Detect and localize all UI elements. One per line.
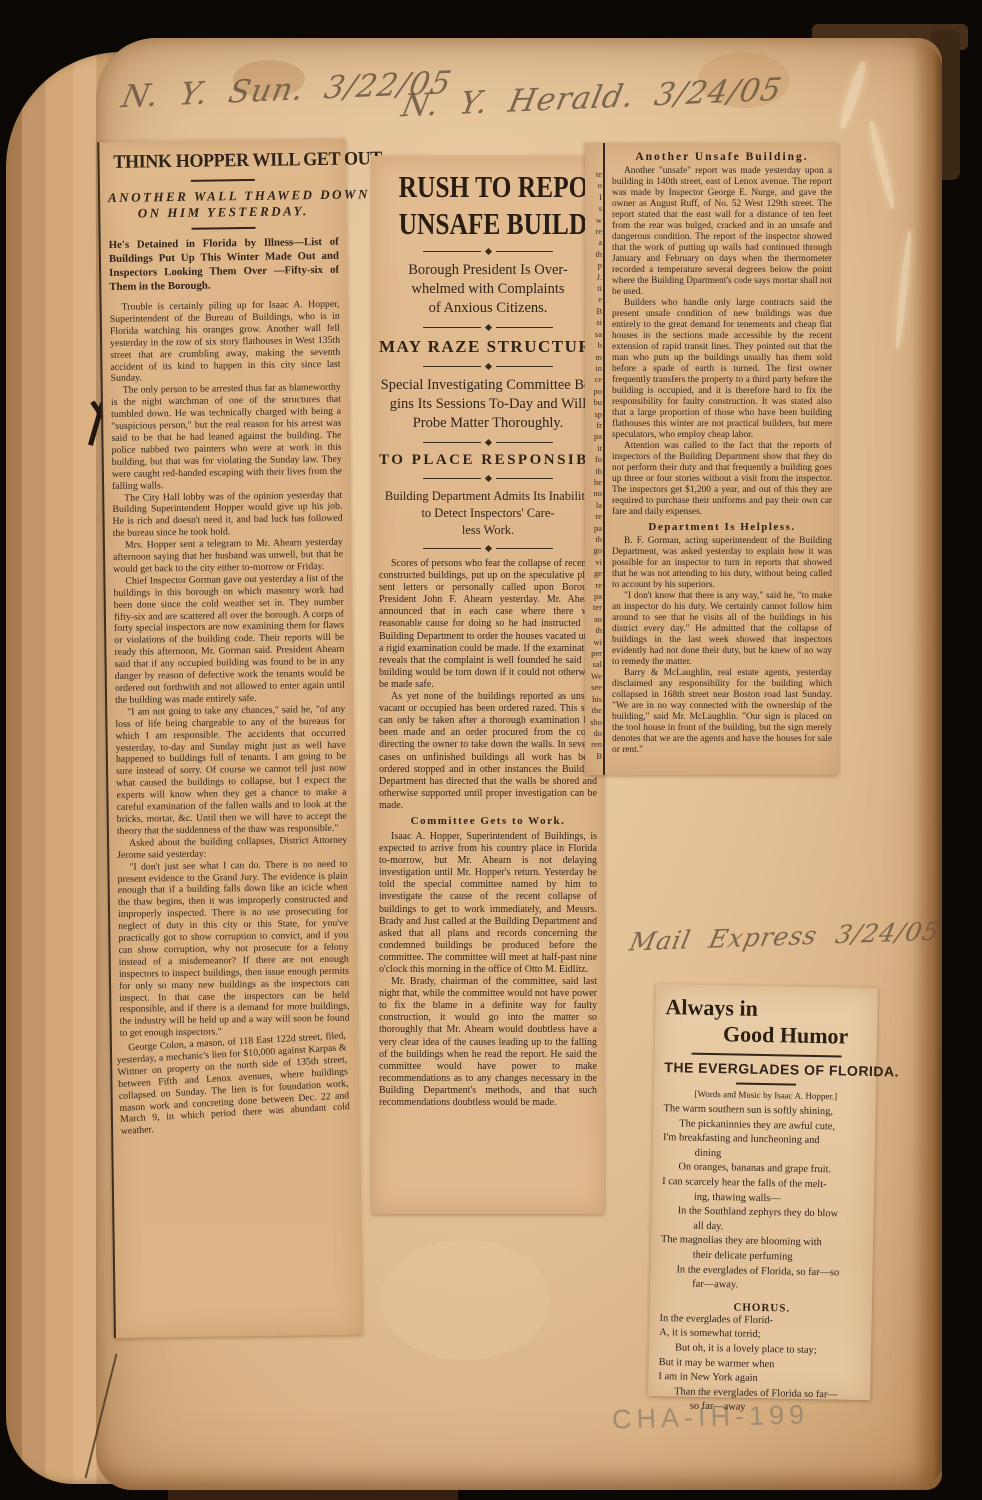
paragraph: Builders who handle only large contracts… (612, 298, 832, 441)
paragraph: The City Hall lobby was of the opinion y… (112, 489, 343, 540)
paragraph: "I am not going to take any chances," sa… (115, 704, 347, 838)
paragraph: Trouble is certainly piling up for Isaac… (110, 299, 341, 386)
article-body: B. F. Gorman, acting superintendent of t… (612, 536, 832, 756)
letter-fragment: wi (585, 637, 602, 648)
paragraph: Isaac A. Hopper, Superintendent of Build… (379, 831, 597, 976)
scrapbook-photo: { "colors":{"page":"#e4c298","clipping":… (0, 0, 982, 1500)
letter-fragment: sa (585, 329, 602, 340)
letter-fragment: no (585, 488, 602, 499)
article-crosshead: Another Unsafe Building. (612, 151, 832, 163)
letter-fragment: th (585, 249, 602, 260)
divider-rule (191, 179, 255, 182)
letter-fragment: b (585, 340, 602, 351)
divider-ornament (423, 364, 553, 369)
letter-fragment: vi (585, 557, 602, 568)
paragraph: George Colon, a mason, of 118 East 122d … (116, 1030, 351, 1138)
letter-fragment: m (585, 352, 602, 363)
letter-fragment: th (585, 534, 602, 545)
paragraph: "I don't just see what I can do. There i… (117, 858, 349, 1040)
paragraph: Another "unsafe" report was made yesterd… (612, 166, 832, 298)
letter-fragment: sp (585, 409, 602, 420)
song-credit: [Words and Music by Isaac A. Hopper.] (664, 1088, 868, 1102)
divider-ornament (423, 476, 553, 481)
letter-fragment: be (585, 477, 602, 488)
letter-fragment: pa (585, 431, 602, 442)
letter-fragment: I (585, 192, 602, 203)
letter-fragment: ce (585, 374, 602, 385)
letter-fragment: in (585, 363, 602, 374)
letter-fragment: si (585, 317, 602, 328)
article-deck: Borough President Is Over-whelmed with C… (379, 261, 597, 318)
song-headline: Always inGood Humor (665, 994, 870, 1050)
divider-ornament (423, 325, 553, 330)
divider-rule (692, 1053, 842, 1058)
letter-fragment: re (585, 226, 602, 237)
letter-fragment: a (585, 237, 602, 248)
divider-rule (192, 227, 256, 230)
letter-fragment: ti (585, 283, 602, 294)
letter-fragment: J. (585, 272, 602, 283)
article-body: Isaac A. Hopper, Superintendent of Build… (379, 831, 597, 1109)
letter-fragment: his (585, 694, 602, 705)
letter-fragment: pa (585, 591, 602, 602)
letter-fragment: po (585, 386, 602, 397)
article-subhead: Department Is Helpless. (612, 521, 832, 533)
letter-fragment: the (585, 705, 602, 716)
clipping-unsafe-article: teoIswreathpJ.tieBsisabmincepobuspfrpait… (585, 143, 838, 775)
article-body: Scores of persons who fear the collapse … (379, 558, 597, 812)
letter-fragment: pa (585, 523, 602, 534)
letter-fragment: e (585, 294, 602, 305)
subhead-line: ON HIM YESTERDAY. (108, 203, 338, 222)
paragraph: Asked about the building collapses, Dist… (117, 834, 347, 861)
song-verse: The warm southern sun is softly shining,… (660, 1102, 868, 1296)
letter-fragment: per (585, 648, 602, 659)
song-title: THE EVERGLADES OF FLORIDA. (664, 1059, 868, 1079)
deck-line: to Detect Inspectors' Care- (379, 505, 597, 522)
paragraph: Chief Inspector Gorman gave out yesterda… (113, 573, 345, 707)
clipping-everglades-song: Always inGood Humor THE EVERGLADES OF FL… (648, 984, 878, 1400)
article-crosshead: TO PLACE RESPONSIBILITY (379, 452, 597, 469)
article-body: Trouble is certainly piling up for Isaac… (110, 299, 352, 1139)
fade-patch (380, 1240, 550, 1360)
letter-fragment: p (585, 260, 602, 271)
paragraph: Mr. Brady, chairman of the committee, sa… (379, 976, 597, 1109)
cut-column-fragments: teoIswreathpJ.tieBsisabmincepobuspfrpait… (585, 143, 602, 775)
paragraph: The only person to be arrested thus far … (111, 382, 342, 492)
deck-line: less Work. (379, 522, 597, 539)
letter-fragment: th (585, 625, 602, 636)
article-subhead: ANOTHER WALL THAWED DOWNON HIM YESTERDAY… (108, 187, 338, 222)
paragraph: Mrs. Hopper sent a telegram to Mr. Ahear… (113, 537, 343, 576)
divider-ornament (423, 546, 553, 551)
paragraph: B. F. Gorman, acting superintendent of t… (612, 536, 832, 591)
letter-fragment: it (585, 443, 602, 454)
divider-ornament (423, 440, 553, 445)
letter-fragment: re (585, 511, 602, 522)
letter-fragment: B (585, 751, 602, 762)
letter-fragment: w (585, 215, 602, 226)
letter-fragment: ter (585, 602, 602, 613)
article-headline: THINK HOPPER WILL GET OUT. (113, 149, 332, 174)
paragraph: "I don't know that there is any way," sa… (612, 591, 832, 668)
letter-fragment: th (585, 466, 602, 477)
paragraph: Attention was called to the fact that th… (612, 441, 832, 518)
article-body: Another "unsafe" report was made yesterd… (612, 166, 832, 518)
letter-fragment: sal (585, 659, 602, 670)
headline-line: Always in (665, 994, 869, 1024)
letter-fragment: fr (585, 420, 602, 431)
paragraph: Scores of persons who fear the collapse … (379, 558, 597, 691)
article-subhead: Committee Gets to Work. (379, 815, 597, 827)
letter-fragment: re (585, 580, 602, 591)
letter-fragment: We (585, 671, 602, 682)
clipping-rush-article: RUSH TO REPORTUNSAFE BUILDINGS Borough P… (372, 156, 604, 1214)
deck-line: Borough President Is Over- (379, 261, 597, 280)
divider-ornament (423, 249, 553, 254)
deck-line: whelmed with Complaints (379, 280, 597, 299)
article-deck: He's Detained in Florida by Illness—List… (109, 235, 340, 294)
letter-fragment: ren (585, 739, 602, 750)
divider-rule (736, 1082, 796, 1085)
deck-line: Special Investigating Committee Be- (379, 376, 597, 395)
headline-line: RUSH TO REPORT (399, 168, 578, 205)
article-headline: RUSH TO REPORTUNSAFE BUILDINGS (379, 168, 597, 242)
letter-fragment: do (585, 728, 602, 739)
paragraph: As yet none of the buildings reported as… (379, 691, 597, 812)
letter-fragment: see (585, 682, 602, 693)
article-deck: Building Department Admits Its Inability… (379, 488, 597, 539)
deck-line: Probe Matter Thoroughly. (379, 414, 597, 433)
article-deck: Special Investigating Committee Be-gins … (379, 376, 597, 433)
letter-fragment: s (585, 203, 602, 214)
letter-fragment: fo (585, 454, 602, 465)
page-right-edge-shadow (912, 44, 942, 1482)
letter-fragment: ge (585, 568, 602, 579)
song-chorus: In the everglades of Florid-A, it is som… (658, 1312, 864, 1418)
headline-line: Good Humor (665, 1020, 869, 1050)
letter-fragment: go (585, 545, 602, 556)
letter-fragment: B (585, 306, 602, 317)
letter-fragment: la (585, 500, 602, 511)
article-crosshead: MAY RAZE STRUCTURES (379, 337, 597, 357)
paragraph: Barry & McLaughlin, real estate agents, … (612, 668, 832, 756)
letter-fragment: te (585, 169, 602, 180)
letter-fragment: bu (585, 397, 602, 408)
headline-line: UNSAFE BUILDINGS (399, 205, 578, 242)
deck-line: gins Its Sessions To-Day and Will (379, 395, 597, 414)
clipping-hopper-article: THINK HOPPER WILL GET OUT. ANOTHER WALL … (97, 139, 362, 1338)
letter-fragment: an (585, 614, 602, 625)
letter-fragment: sho (585, 717, 602, 728)
letter-fragment: o (585, 180, 602, 191)
article-column: Another Unsafe Building. Another "unsafe… (605, 143, 838, 775)
deck-line: of Anxious Citizens. (379, 299, 597, 318)
deck-line: Building Department Admits Its Inability (379, 488, 597, 505)
